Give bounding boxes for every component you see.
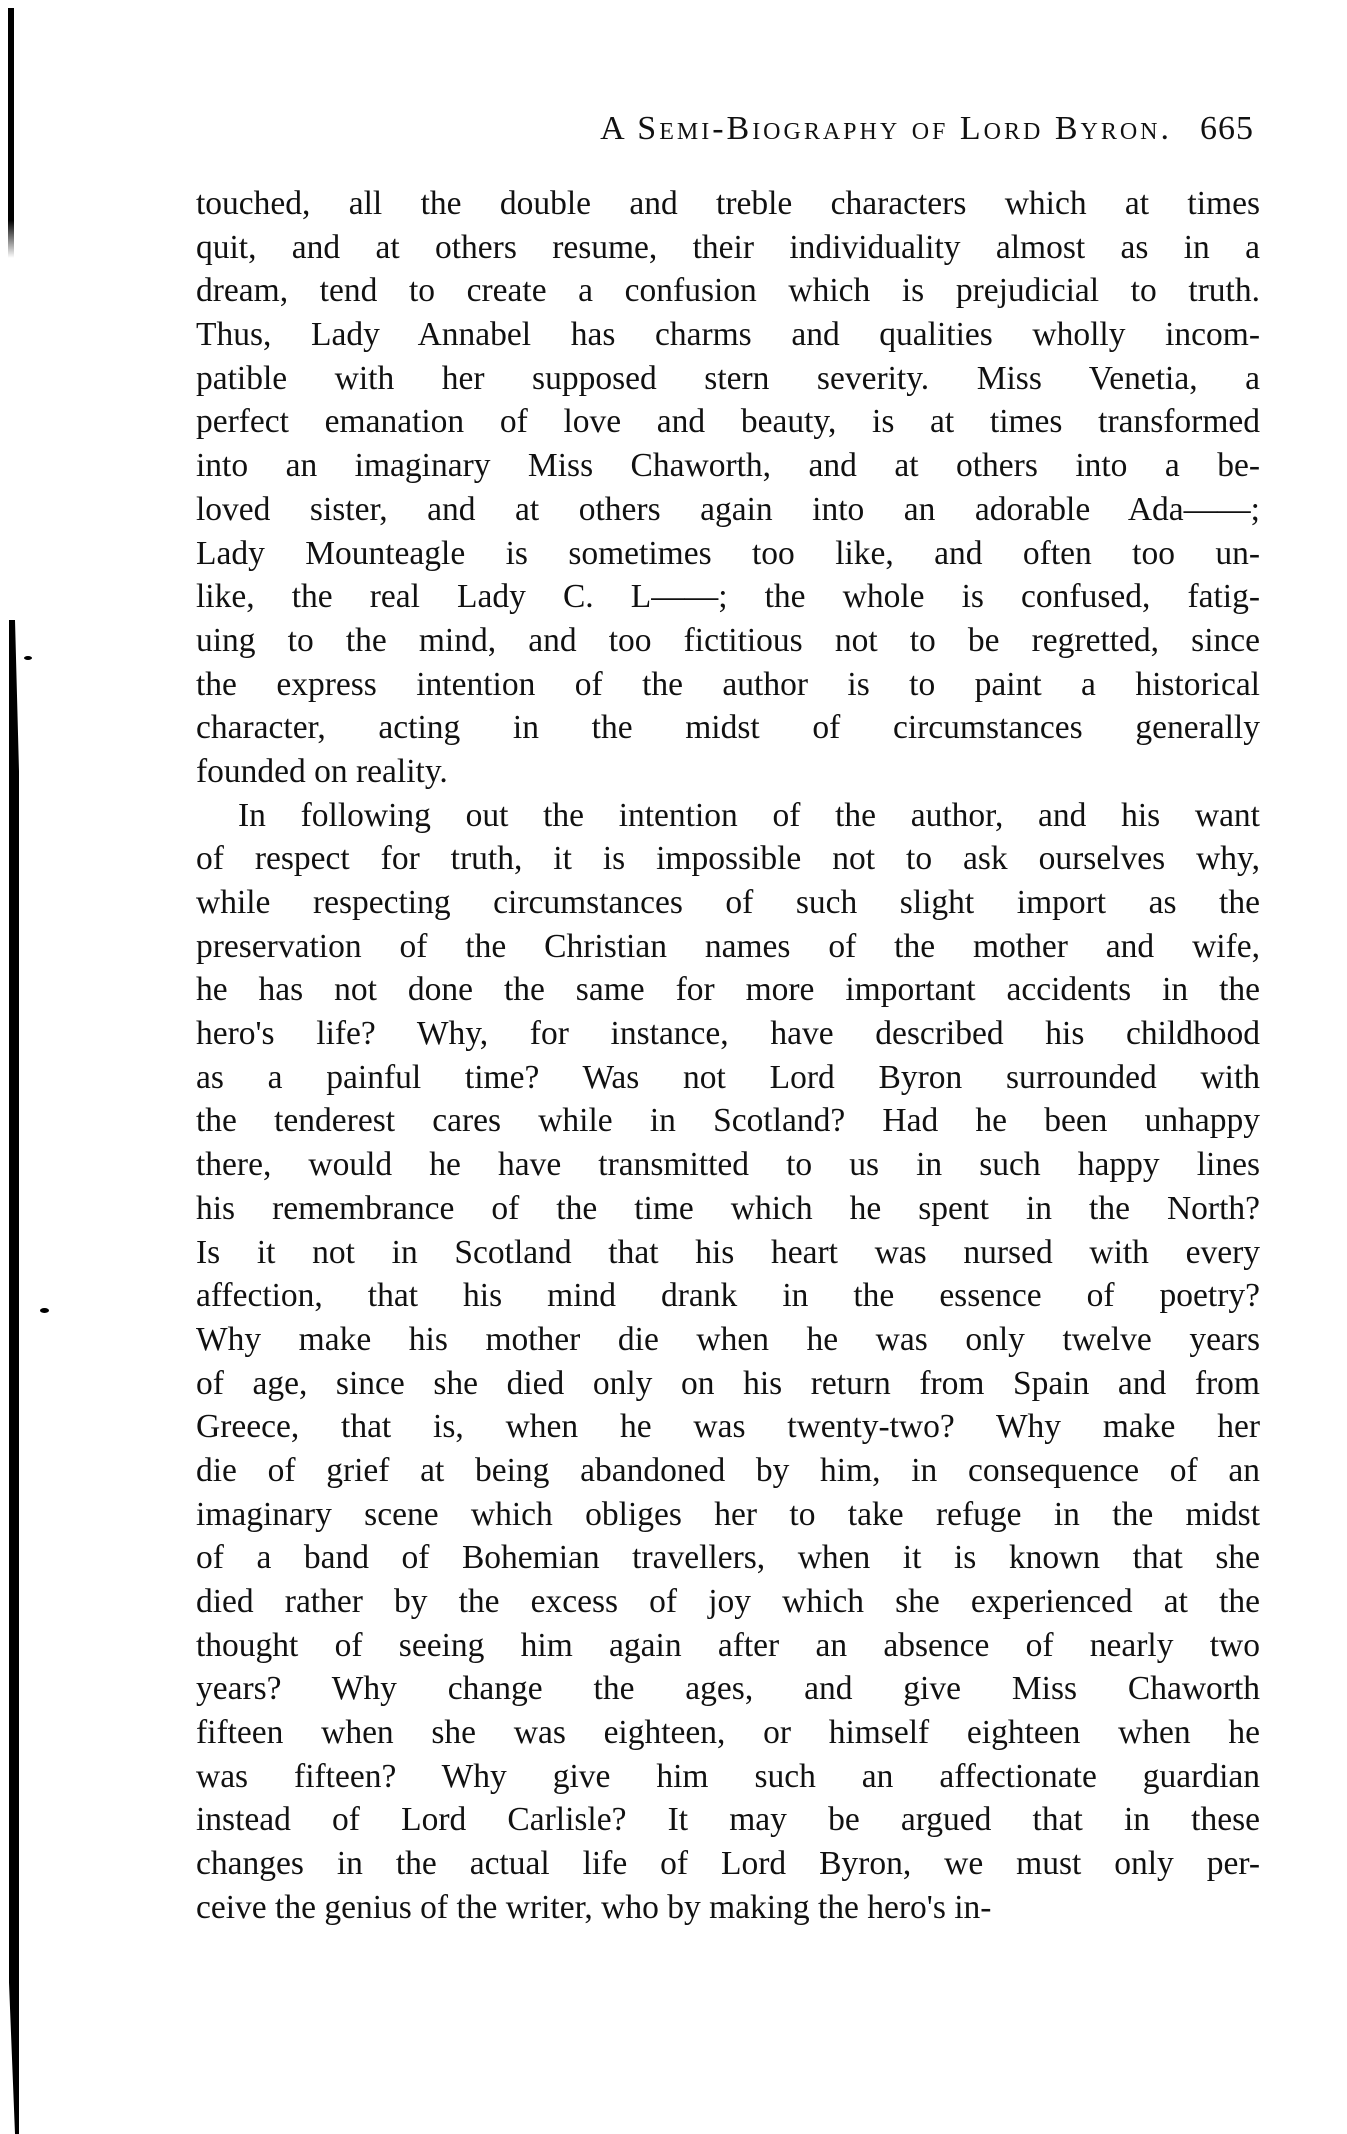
page-number: 665 [1200,110,1254,148]
text-line: was fifteen? Why give him such an affect… [196,1755,1260,1799]
text-line: perfect emanation of love and beauty, is… [196,400,1260,444]
text-line: instead of Lord Carlisle? It may be argu… [196,1798,1260,1842]
text-line: patible with her supposed stern severity… [196,357,1260,401]
text-line: Is it not in Scotland that his heart was… [196,1231,1260,1275]
paragraph: touched, all the double and treble chara… [196,182,1260,794]
text-line: years? Why change the ages, and give Mis… [196,1667,1260,1711]
text-line: ceive the genius of the writer, who by m… [196,1886,1260,1930]
text-line: founded on reality. [196,750,1260,794]
text-line: character, acting in the midst of circum… [196,706,1260,750]
text-line: die of grief at being abandoned by him, … [196,1449,1260,1493]
text-line: into an imaginary Miss Chaworth, and at … [196,444,1260,488]
text-line: died rather by the excess of joy which s… [196,1580,1260,1624]
text-line: thought of seeing him again after an abs… [196,1624,1260,1668]
text-line: imaginary scene which obliges her to tak… [196,1493,1260,1537]
text-line: changes in the actual life of Lord Byron… [196,1842,1260,1886]
text-line: touched, all the double and treble chara… [196,182,1260,226]
text-line: hero's life? Why, for instance, have des… [196,1012,1260,1056]
running-title: A Semi-Biography of Lord Byron. [600,110,1172,148]
text-line: of age, since she died only on his retur… [196,1362,1260,1406]
text-line: loved sister, and at others again into a… [196,488,1260,532]
scan-binding-edge-top [8,8,14,258]
text-line: he has not done the same for more import… [196,968,1260,1012]
scan-binding-edge-bottom [9,620,19,2134]
text-line: of respect for truth, it is impossible n… [196,837,1260,881]
running-head: A Semi-Biography of Lord Byron. 665 [196,110,1260,180]
scan-speck [24,656,32,660]
text-line: the express intention of the author is t… [196,663,1260,707]
body-text: touched, all the double and treble chara… [196,182,1260,1930]
text-line: as a painful time? Was not Lord Byron su… [196,1056,1260,1100]
text-line: there, would he have transmitted to us i… [196,1143,1260,1187]
book-page: A Semi-Biography of Lord Byron. 665 touc… [196,110,1260,1930]
paragraph: In following out the intention of the au… [196,794,1260,1930]
text-line: of a band of Bohemian travellers, when i… [196,1536,1260,1580]
text-line: Lady Mounteagle is sometimes too like, a… [196,532,1260,576]
text-line: fifteen when she was eighteen, or himsel… [196,1711,1260,1755]
text-line: preservation of the Christian names of t… [196,925,1260,969]
text-line: affection, that his mind drank in the es… [196,1274,1260,1318]
text-line: Thus, Lady Annabel has charms and qualit… [196,313,1260,357]
text-line: his remembrance of the time which he spe… [196,1187,1260,1231]
text-line: while respecting circumstances of such s… [196,881,1260,925]
scan-speck [40,1308,49,1313]
text-line: quit, and at others resume, their indivi… [196,226,1260,270]
text-line: dream, tend to create a confusion which … [196,269,1260,313]
text-line: the tenderest cares while in Scotland? H… [196,1099,1260,1143]
text-line: like, the real Lady C. L——; the whole is… [196,575,1260,619]
text-line: Greece, that is, when he was twenty-two?… [196,1405,1260,1449]
text-line: In following out the intention of the au… [196,794,1260,838]
text-line: uing to the mind, and too fictitious not… [196,619,1260,663]
text-line: Why make his mother die when he was only… [196,1318,1260,1362]
